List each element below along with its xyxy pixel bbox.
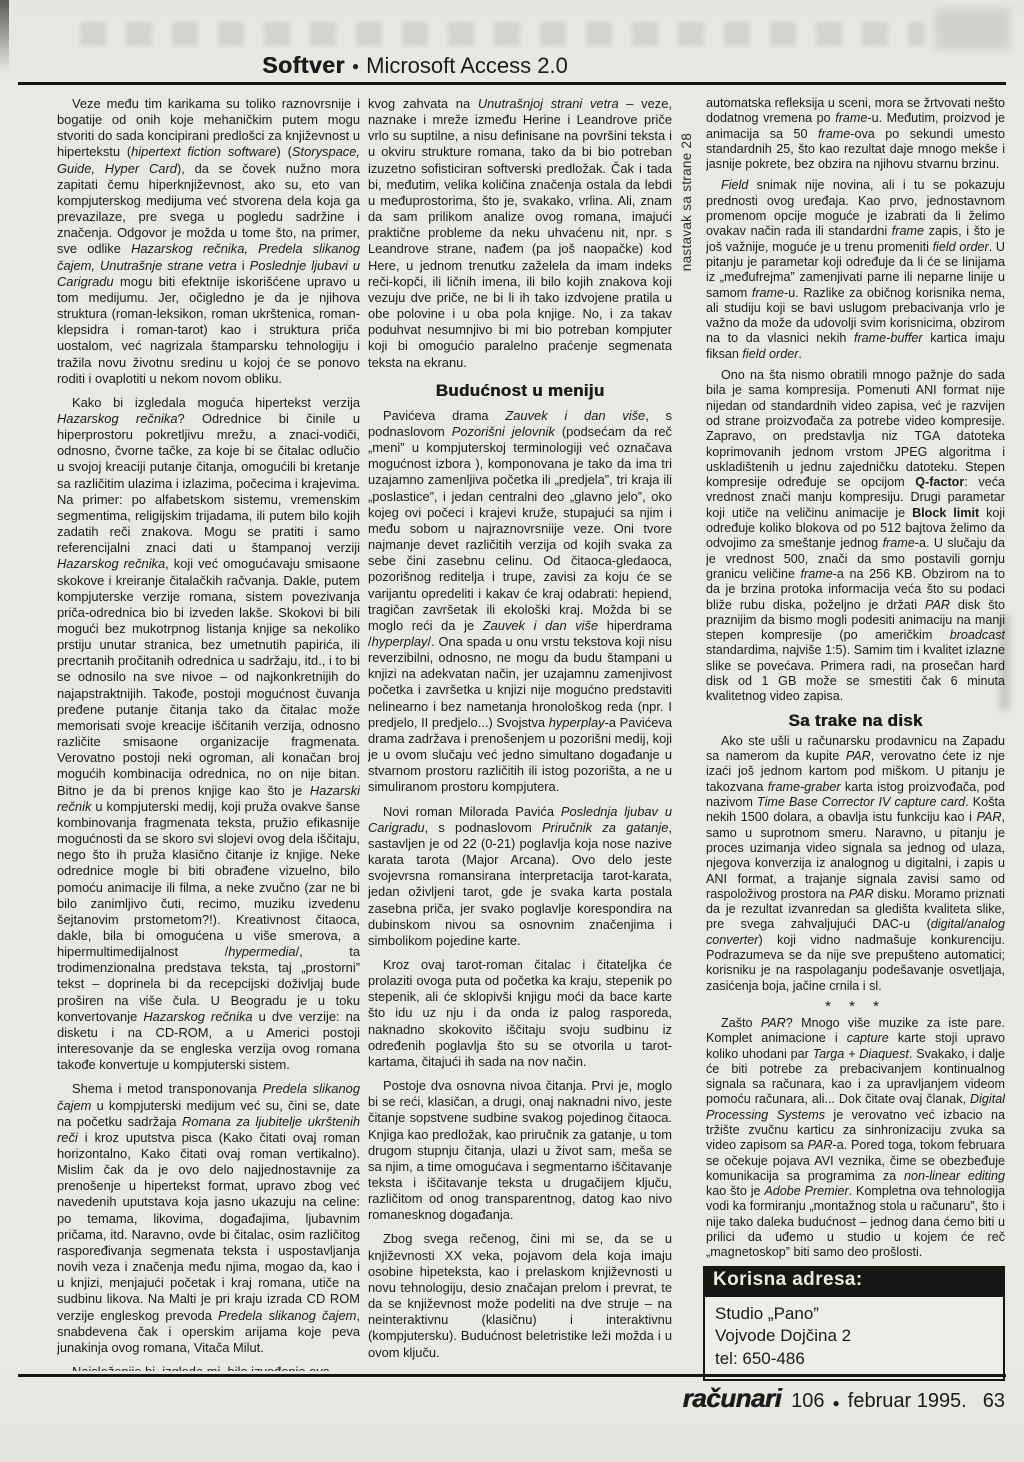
address-line-phone: tel: 650-486 [715,1348,993,1370]
magazine-page: Softver●Microsoft Access 2.0 nastavak sa… [0,0,1024,1462]
footer-issue-number: 106 [791,1390,824,1413]
section-heading: Budućnost u meniju [368,383,672,399]
paragraph: Ako ste ušli u računarsku prodavnicu na … [706,734,1005,994]
paragraph: Field snimak nije novina, ali i tu se po… [706,178,1005,362]
article-column-3: automatska refleksija u sceni, mora se ž… [706,96,1005,1261]
address-line-studio: Studio „Pano” [715,1303,993,1325]
paragraph: Kroz ovaj tarot-roman čitalac i čitatelj… [368,957,672,1070]
paragraph: Pavićeva drama Zauvek i dan više, s podn… [368,408,672,796]
footer-date: februar 1995. [848,1390,967,1413]
continuation-note: nastavak sa strane 28 [679,94,697,310]
paragraph: automatska refleksija u sceni, mora se ž… [706,96,1005,172]
page-footer: računari 106 ● februar 1995. 63 [683,1383,1005,1414]
paragraph: Ono na šta nismo obratili mnogo pažnje d… [706,368,1005,705]
paragraph: Veze među tim karikama su toliko raznovr… [57,96,360,387]
article-column-1: Veze među tim karikama su toliko raznovr… [57,96,360,1371]
section-heading: Sa trake na disk [706,713,1005,728]
paragraph: Shema i metod transponovanja Predela sli… [57,1081,360,1356]
paragraph: Kako bi izgledala moguća hipertekst verz… [57,395,360,1074]
header-article-title: Microsoft Access 2.0 [366,53,568,78]
footer-bullet-icon: ● [833,1396,840,1410]
scan-artifact-bleedthrough [80,22,925,46]
paragraph: Novi roman Milorada Pavića Poslednja lju… [368,804,672,949]
header-rule [18,82,1006,85]
address-box: Korisna adresa: Studio „Pano” Vojvode Do… [703,1266,1005,1381]
address-box-body: Studio „Pano” Vojvode Dojčina 2 tel: 650… [703,1297,1005,1381]
paragraph: Zbog svega rečenog, čini mi se, da se u … [368,1231,672,1360]
scan-artifact-corner-smudge [935,8,1010,50]
footer-rule [18,1374,1006,1377]
header-section-label: Softver [262,52,345,78]
paragraph: Postoje dva osnovna nivoa čitanja. Prvi … [368,1078,672,1223]
paragraph: kvog zahvata na Unutrašnjoj strani vetra… [368,96,672,371]
address-box-title: Korisna adresa: [703,1266,1005,1297]
magazine-logo: računari [683,1383,782,1414]
article-column-2: kvog zahvata na Unutrašnjoj strani vetra… [368,96,672,1369]
footer-page-number: 63 [983,1390,1005,1413]
header-bullet-icon: ● [345,59,366,73]
section-divider-stars: * * * [706,1000,1005,1013]
paragraph: Najsloženije bi, izgleda mi, bilo izvođe… [57,1364,360,1371]
page-header: Softver●Microsoft Access 2.0 [100,52,730,79]
address-line-street: Vojvode Dojčina 2 [715,1325,993,1347]
scan-artifact-left-edge [0,0,9,72]
paragraph: Zašto PAR? Mnogo više muzike za iste par… [706,1016,1005,1261]
